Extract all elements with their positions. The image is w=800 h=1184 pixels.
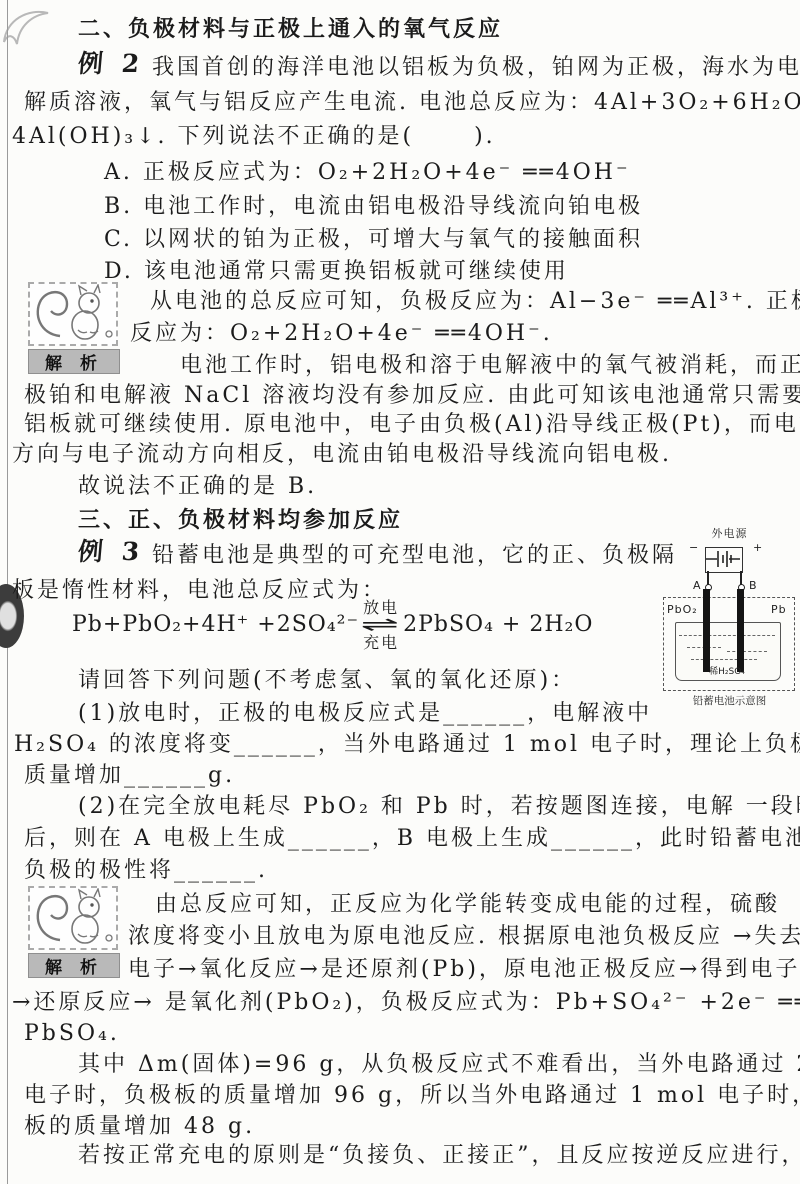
terminal-b-label: B [749,579,758,592]
analysis1-line-6: 方向与电子流动方向相反，电流由铂电极沿导线流向铝电极. [12,440,672,470]
equation-right-side: 2PbSO₄ + 2H₂O [403,610,593,640]
pbo2-electrode-label: PbO₂ [667,603,698,616]
analysis1-badge: 解 析 [28,282,118,374]
pbo2-electrode-bar [703,589,710,672]
analysis2-line-7: 电子时，负极板的质量增加 96 g，所以当外电路通过 1 mol 电子时，负极 [24,1081,800,1111]
analysis2-line-3: 电子→氧化反应→是还原剂(Pb)，原电池正极反应→得到电子 [128,955,800,985]
example2-label: 例 2 [77,49,146,79]
analysis-label: 解 析 [28,953,120,978]
analysis2-line-6: 其中 Δm(固体)=96 g，从负极反应式不难看出，当外电路通过 2 mol [78,1050,800,1080]
example3-line-1: 铅蓄电池是典型的可充型电池，它的正、负极隔 [152,541,677,571]
analysis2-line-9: 若按正常充电的原则是“负接负、正接正”，且反应按逆反应进行，电 [78,1141,800,1171]
example2-line-2: 解质溶液，氧气与铝反应产生电流. 电池总反应为：4Al+3O₂+6H₂O ══ [24,88,800,118]
analysis1-line-2: 反应为：O₂+2H₂O+4e⁻ ══4OH⁻. [130,319,553,349]
section3-heading: 三、正、负极材料均参加反应 [78,505,403,535]
option-d: D. 该电池通常只需更换铝板就可继续使用 [104,257,569,287]
analysis1-line-1: 从电池的总反应可知，负极反应为：Al−3e⁻ ══Al³⁺. 正极 [150,287,800,317]
page-curl-mark [0,4,72,56]
liquid-mark [727,651,767,652]
equation-left-side: Pb+PbO₂+4H⁺ +2SO₄²⁻ [72,610,359,640]
analysis2-badge: 解 析 [28,886,118,978]
squirrel-sketch-box [28,886,118,950]
terminal-a-label: A [693,579,702,592]
question2-line-2: 后，则在 A 电极上生成______，B 电极上生成______，此时铅蓄电池的… [24,824,800,854]
analysis-label: 解 析 [28,349,120,374]
squirrel-icon [30,284,116,344]
example2-line-1: 我国首创的海洋电池以铝板为负极，铂网为正极，海水为电 [152,53,800,83]
question1-line-3: 质量增加______g. [24,761,235,791]
analysis1-line-3: 电池工作时，铝电极和溶于电解液中的氧气被消耗，而正 [180,351,800,381]
question2-line-3: 负极的极性将______. [24,856,268,886]
reversible-arrows-icon: ⇌ [361,617,402,633]
overall-reaction-equation: Pb+PbO₂+4H⁺ +2SO₄²⁻ 放电 ⇌ 充电 2PbSO₄ + 2H₂… [72,598,593,652]
reversible-conditions: 放电 ⇌ 充电 [363,598,399,652]
positive-terminal-sign: + [753,541,763,554]
pb-electrode-label: Pb [771,603,787,616]
negative-terminal-sign: − [689,541,699,554]
option-a: A. 正极反应式为：O₂+2H₂O+4e⁻ ══4OH⁻ [104,158,631,188]
liquid-surface-line [679,635,775,636]
option-c: C. 以网状的铂为正极，可增大与氧气的接触面积 [104,225,643,255]
liquid-mark [691,659,757,660]
squirrel-icon [30,888,116,948]
question1-line-1: (1)放电时，正极的电极反应式是______，电解液中 [78,699,652,729]
section2-heading: 二、负极材料与正极上通入的氧气反应 [78,14,503,44]
option-b: B. 电池工作时，电流由铝电极沿导线流向铂电极 [104,192,643,222]
scanned-textbook-page: 二、负极材料与正极上通入的氧气反应 例 2 我国首创的海洋电池以铝板为负极，铂网… [0,0,800,1184]
question2-line-1: (2)在完全放电耗尽 PbO₂ 和 Pb 时，若按题图连接，电解 一段时间 [78,792,800,822]
battery-box [705,547,743,573]
electrolyte-label: 稀H₂SO₄ [675,664,779,677]
analysis1-line-4: 极铂和电解液 NaCl 溶液均没有参加反应. 由此可知该电池通常只需要 [24,381,800,411]
squirrel-sketch-box [28,282,118,346]
analysis2-line-1: 由总反应可知，正反应为化学能转变成电能的过程，硫酸 [155,890,780,920]
question-prompt: 请回答下列问题(不考虑氢、氧的氧化还原)： [78,666,576,696]
lead-acid-battery-diagram: 外电源 − + A B PbO₂ Pb 稀H₂SO₄ 铅蓄电池示意图 [661,523,798,711]
left-wire [707,571,709,585]
analysis2-line-8: 板的质量增加 48 g. [24,1112,255,1142]
question1-line-2: H₂SO₄ 的浓度将变______，当外电路通过 1 mol 电子时，理论上负极… [14,730,800,760]
right-wire [740,571,742,585]
analysis1-line-5: 铝板就可继续使用. 原电池中，电子由负极(Al)沿导线正极(Pt)，而电流 [24,410,800,440]
analysis2-line-2: 浓度将变小且放电为原电池反应. 根据原电池负极反应 →失去 [128,922,800,952]
example3-label: 例 3 [77,537,146,567]
diagram-caption: 铅蓄电池示意图 [661,693,798,708]
analysis2-line-5: PbSO₄. [24,1019,120,1049]
analysis1-conclusion: 故说法不正确的是 B. [78,472,317,502]
example2-line-3: 4Al(OH)₃↓. 下列说法不正确的是( ). [12,122,496,152]
external-power-label: 外电源 [661,525,798,541]
analysis2-line-4: →还原反应→ 是氧化剂(PbO₂)，负极反应式为：Pb+SO₄²⁻ +2e⁻ ═… [12,988,800,1018]
pb-electrode-bar [737,589,744,672]
battery-cell-icon [706,548,740,570]
